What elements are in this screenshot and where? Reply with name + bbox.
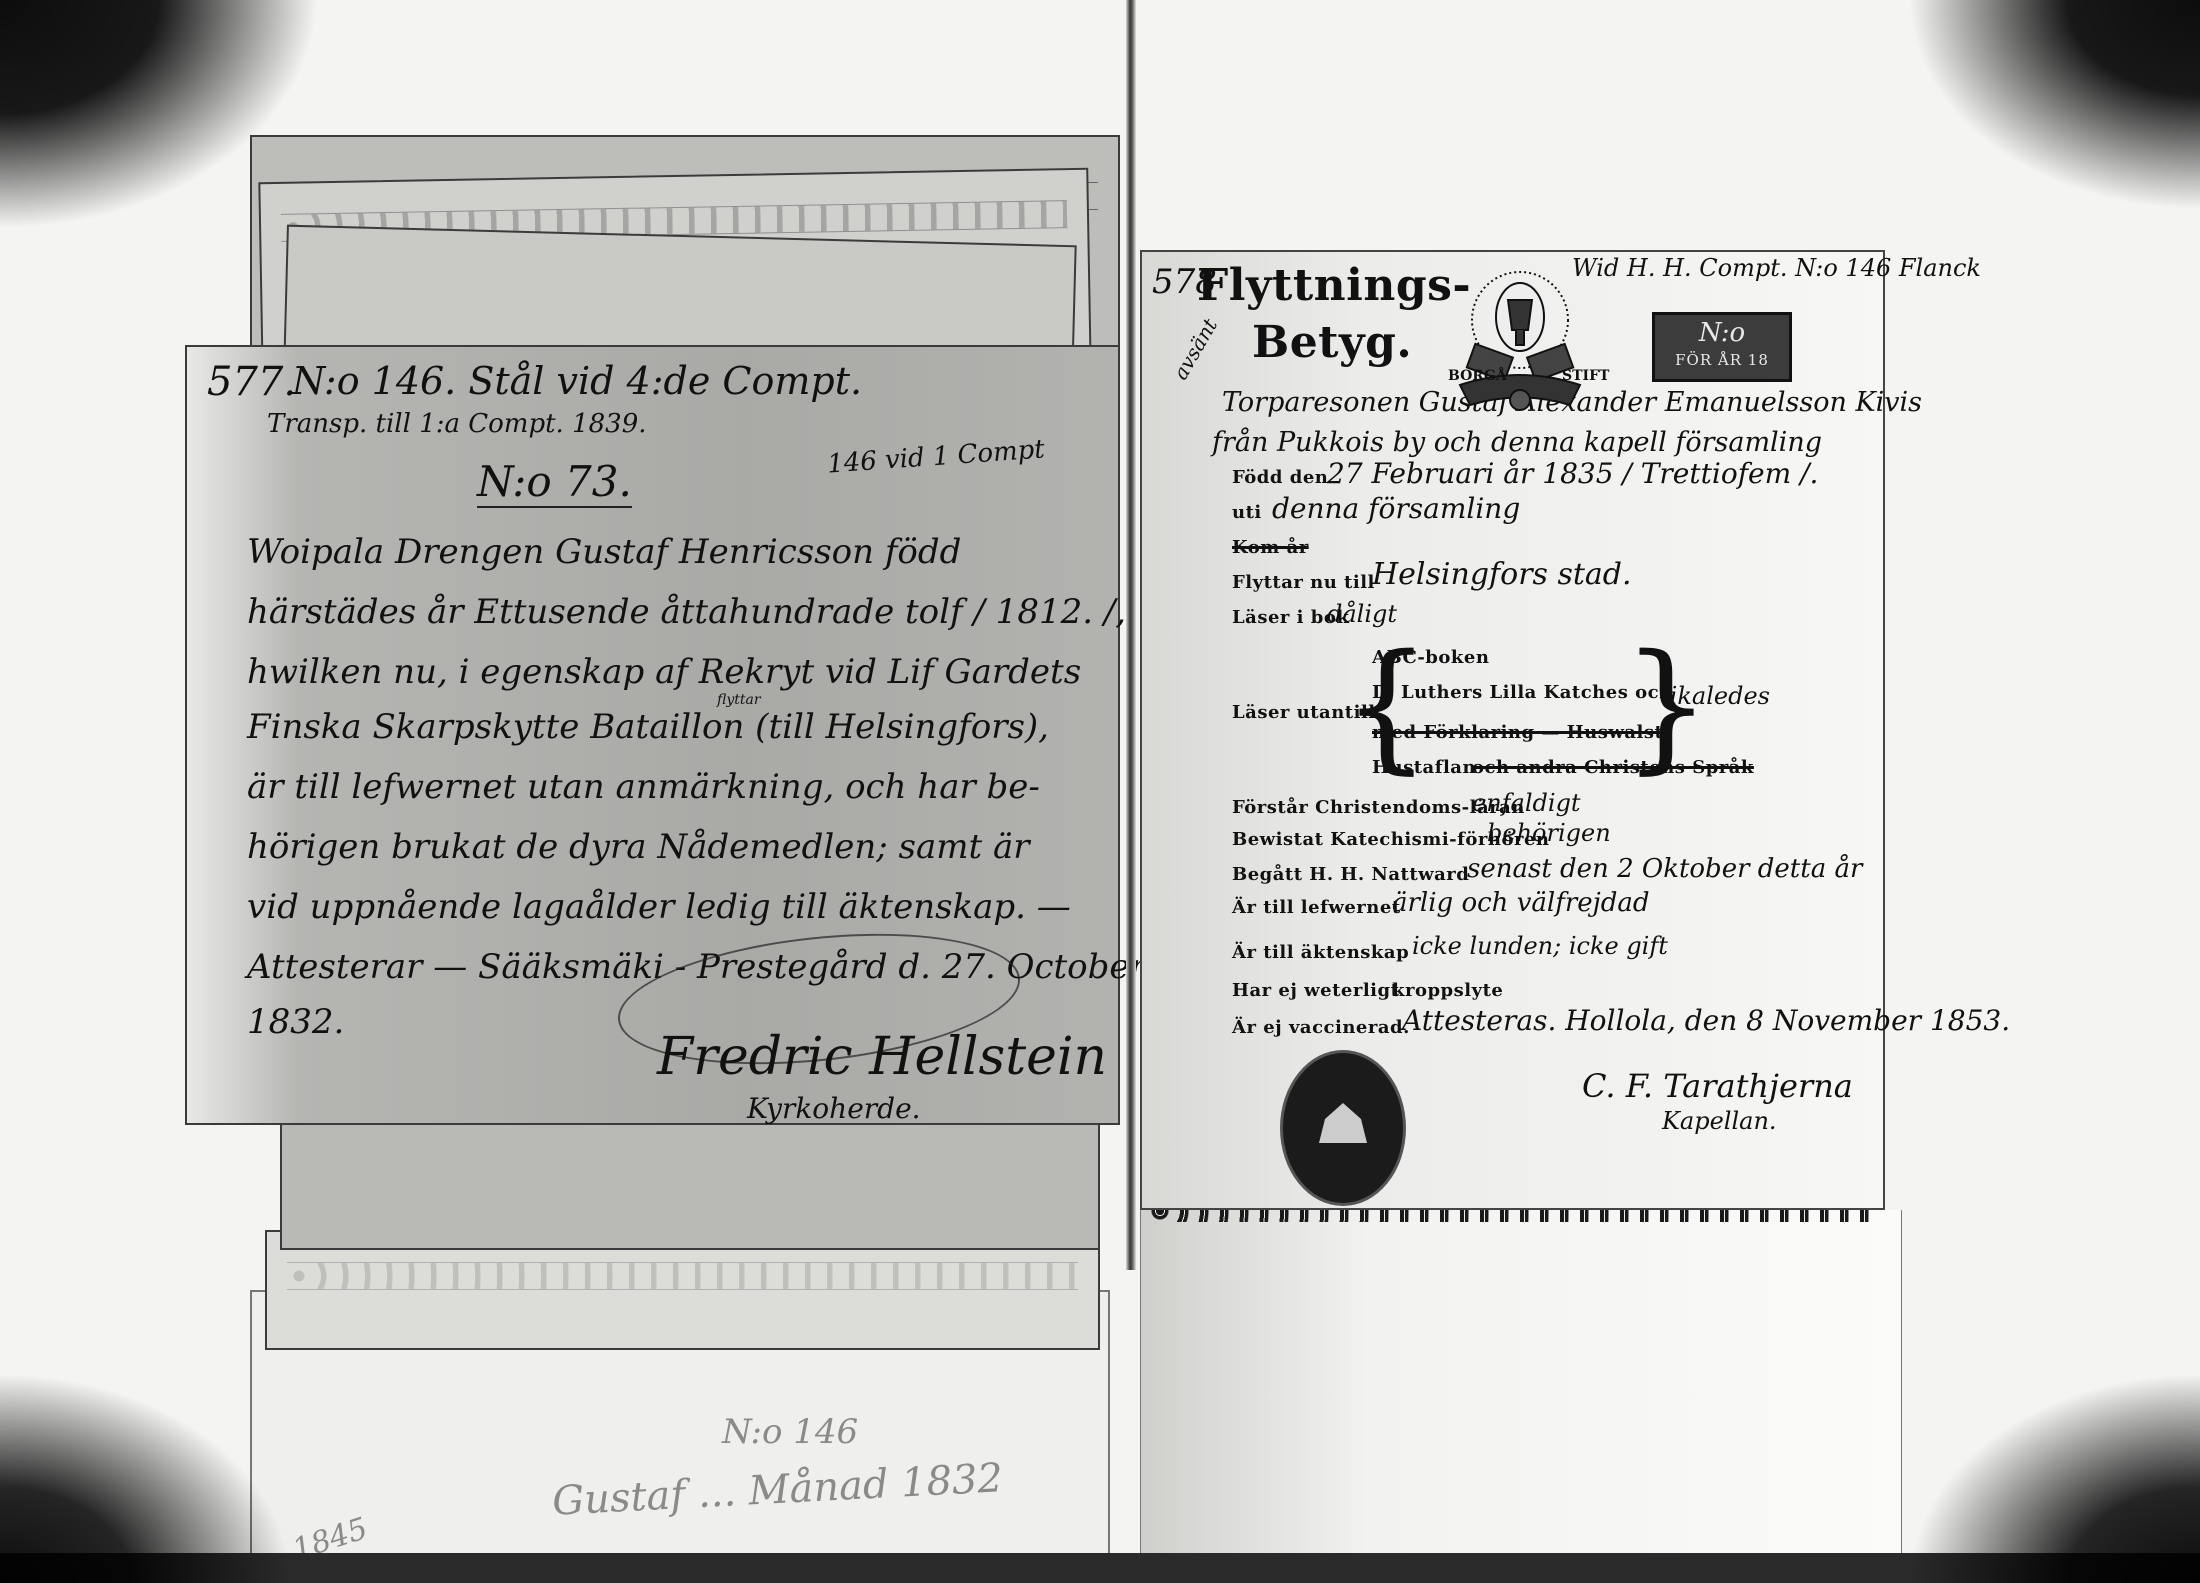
archive-number: 577.: [207, 359, 296, 405]
faint-note-1: N:o 146: [722, 1412, 858, 1452]
field-label-moves-to: Flyttar nu till: [1232, 572, 1375, 593]
seal-emblem: [1313, 1103, 1373, 1143]
under-document-1: [280, 1110, 1100, 1250]
field-label-came: Kom år: [1232, 537, 1309, 558]
field-value-reads-book: dåligt: [1327, 600, 1397, 628]
field-value-catechism-hearings: behörigen: [1487, 819, 1611, 847]
borga-stift-emblem-icon: BORGÅ STIFT: [1420, 255, 1620, 420]
field-label-vaccinated: Är ej vaccinerad.: [1232, 1017, 1410, 1038]
stamp-year-text: FÖR ÅR 18: [1655, 351, 1789, 369]
stamp-symbol: N:o: [1655, 315, 1789, 351]
body-line-1: Woipala Drengen Gustaf Henricsson född: [247, 532, 961, 572]
catechism-item-1: ABC-boken: [1372, 647, 1489, 668]
body-line-5: är till lefwernet utan anmärkning, och h…: [247, 767, 1040, 807]
form-title-line-2: Betyg.: [1252, 317, 1412, 368]
side-note: avsänt: [1168, 314, 1222, 383]
field-value-born: 27 Februari år 1835 / Trettiofem /.: [1327, 457, 1818, 490]
field-value-understands: enfaldigt: [1472, 789, 1581, 817]
svg-text:BORGÅ: BORGÅ: [1448, 366, 1508, 384]
binding-divider: [1126, 0, 1136, 1270]
field-label-marriage: Är till äktenskap: [1232, 942, 1409, 963]
attestation-place-date: Attesteras. Hollola, den 8 November 1853…: [1402, 1004, 2010, 1037]
pastor-title: Kapellan.: [1662, 1107, 1777, 1135]
signature: Fredric Hellstein: [657, 1027, 1107, 1087]
body-line-7: vid uppnående lagaålder ledig till äkten…: [247, 887, 1071, 927]
body-line-4: Finska Skarpskytte Bataillon (till Helsi…: [247, 707, 1049, 747]
parish-seal-icon: [1280, 1050, 1406, 1206]
signature-title: Kyrkoherde.: [747, 1092, 921, 1125]
catechism-item-4: Hustaflan: [1372, 757, 1476, 778]
field-label-in: uti: [1232, 502, 1262, 523]
faint-note-2: Gustaf ... Månad 1832: [551, 1455, 1004, 1525]
field-value-in: denna församling: [1272, 492, 1520, 525]
document-number: N:o 73.: [477, 457, 632, 508]
revenue-stamp: N:o FÖR ÅR 18: [1652, 312, 1792, 382]
reads-by-heart-value: likaledes: [1662, 682, 1770, 710]
pastor-signature: C. F. Tarathjerna: [1582, 1067, 1853, 1105]
field-value-moves-to: Helsingfors stad.: [1372, 557, 1632, 592]
margin-note: 146 vid 1 Compt: [826, 434, 1045, 479]
field-value-conduct: ärlig och välfrejdad: [1392, 888, 1650, 918]
field-label-infirmity: Har ej weterligt: [1232, 980, 1399, 1001]
body-line-9: 1832.: [247, 1002, 344, 1042]
interline-note: flyttar: [717, 692, 761, 708]
form-lower-page: [1140, 1210, 1902, 1556]
catechism-item-4-struck: och andra Christens Språk: [1472, 757, 1754, 778]
svg-text:STIFT: STIFT: [1562, 368, 1610, 384]
field-value-marriage: icke lunden; icke gift: [1412, 932, 1668, 960]
body-line-6: hörigen brukat de dyra Nådemedlen; samt …: [247, 827, 1029, 867]
scan-bottom-edge: [0, 1553, 2200, 1583]
certificate-letter-1832: 577. N:o 146. Stål vid 4:de Compt. Trans…: [185, 345, 1120, 1125]
field-value-infirmity: kroppslyte: [1392, 980, 1503, 1001]
field-label-conduct: Är till lefwernet: [1232, 897, 1401, 918]
ornamental-border: [287, 1262, 1078, 1290]
field-label-born: Född den: [1232, 467, 1328, 488]
person-line-2: från Pukkois by och denna kapell församl…: [1212, 427, 1822, 458]
header-line-2: Transp. till 1:a Compt. 1839.: [267, 409, 647, 439]
field-label-communion: Begått H. H. Nattward: [1232, 864, 1469, 885]
header-line-1: N:o 146. Stål vid 4:de Compt.: [292, 359, 862, 403]
body-line-3: hwilken nu, i egenskap af Rekryt vid Lif…: [247, 652, 1081, 692]
field-value-communion: senast den 2 Oktober detta år: [1467, 854, 1862, 884]
top-note: Wid H. H. Compt. N:o 146 Flanck: [1572, 254, 1981, 282]
body-line-2: härstädes år Ettusende åttahundrade tolf…: [247, 592, 1126, 632]
